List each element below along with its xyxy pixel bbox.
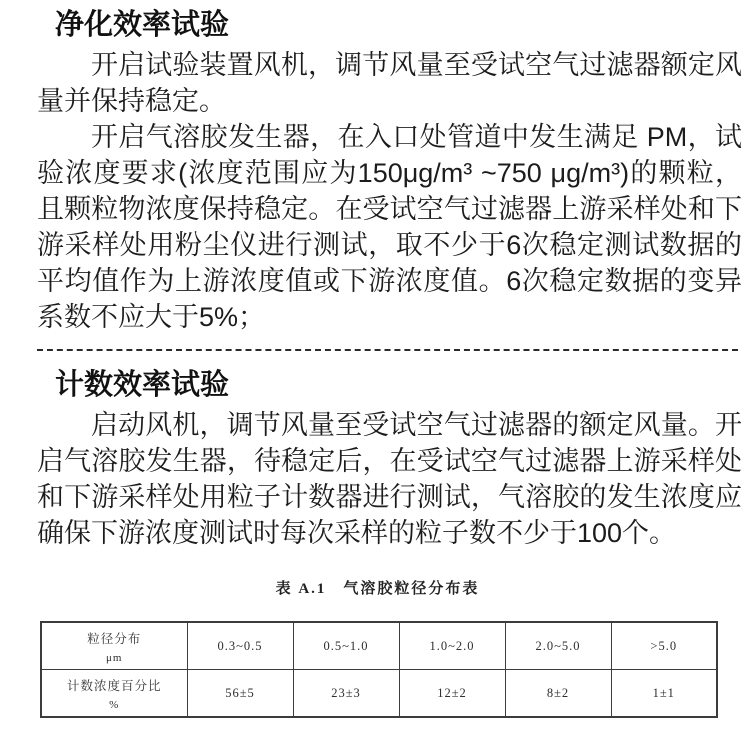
row-unit: μm [42, 652, 187, 664]
section-counting-efficiency: 计数效率试验 启动风机，调节风量至受试空气过滤器的额定风量。开启气溶胶发生器，待… [37, 368, 742, 551]
counting-paragraph-1: 启动风机，调节风量至受试空气过滤器的额定风量。开启气溶胶发生器，待稳定后，在受试… [37, 407, 742, 551]
row-unit: % [42, 699, 187, 711]
table-row-particle-size: 粒径分布 μm 0.3~0.5 0.5~1.0 1.0~2.0 2.0~5.0 … [41, 622, 717, 670]
document-page: 净化效率试验 开启试验装置风机，调节风量至受试空气过滤器额定风量并保持稳定。 开… [0, 0, 750, 756]
table-cell: >5.0 [611, 622, 717, 670]
table-cell: 1.0~2.0 [399, 622, 505, 670]
table-figure: 表 A.1 气溶胶粒径分布表 粒径分布 μm 0.3~0.5 0.5~1.0 1 [37, 577, 742, 718]
purification-paragraph-2: 开启气溶胶发生器，在入口处管道中发生满足 PM，试验浓度要求(浓度范围应为150… [37, 119, 742, 335]
table-cell: 0.3~0.5 [187, 622, 293, 670]
table-cell: 2.0~5.0 [505, 622, 611, 670]
section-purification-efficiency: 净化效率试验 开启试验装置风机，调节风量至受试空气过滤器额定风量并保持稳定。 开… [37, 8, 742, 335]
table-title: 表 A.1 气溶胶粒径分布表 [37, 577, 718, 598]
table-cell: 56±5 [187, 670, 293, 718]
table-row-count-percentage: 计数浓度百分比 % 56±5 23±3 12±2 8±2 1±1 [41, 670, 717, 718]
counting-section-title: 计数效率试验 [55, 368, 742, 402]
table-cell: 12±2 [399, 670, 505, 718]
dashed-divider [37, 349, 738, 351]
row-label: 粒径分布 [42, 629, 187, 647]
row-label: 计数浓度百分比 [42, 676, 187, 694]
table-cell: 1±1 [611, 670, 717, 718]
table-cell: 0.5~1.0 [293, 622, 399, 670]
purification-paragraph-1: 开启试验装置风机，调节风量至受试空气过滤器额定风量并保持稳定。 [37, 47, 742, 119]
row-header-count-percentage: 计数浓度百分比 % [41, 670, 187, 718]
table-cell: 8±2 [505, 670, 611, 718]
table-cell: 23±3 [293, 670, 399, 718]
purification-section-title: 净化效率试验 [55, 8, 742, 42]
particle-size-distribution-table: 粒径分布 μm 0.3~0.5 0.5~1.0 1.0~2.0 2.0~5.0 … [40, 621, 718, 718]
row-header-particle-size: 粒径分布 μm [41, 622, 187, 670]
